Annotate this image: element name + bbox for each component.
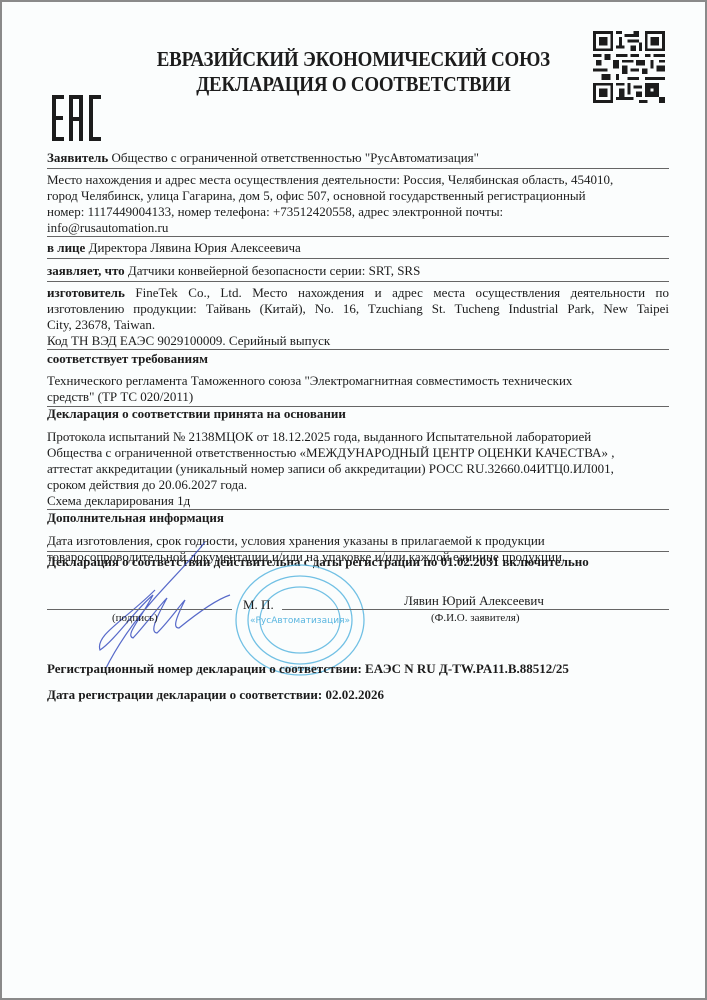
- regulation-line: Технического регламента Таможенного союз…: [47, 373, 669, 389]
- manufacturer-value: FineTek Co., Ltd. Место нахождения и адр…: [135, 285, 669, 300]
- declares-row: заявляет, что Датчики конвейерной безопа…: [47, 263, 420, 279]
- address-line: город Челябинск, улица Гагарина, дом 5, …: [47, 188, 669, 204]
- divider: [47, 349, 669, 350]
- basis-line: Общества с ограниченной ответственностью…: [47, 445, 669, 461]
- registration-date: Дата регистрации декларации о соответств…: [47, 687, 384, 703]
- applicant-value: Общество с ограниченной ответственностью…: [111, 150, 478, 165]
- basis-label: Декларация о соответствии принята на осн…: [47, 406, 346, 422]
- divider: [47, 258, 669, 259]
- divider: [47, 281, 669, 282]
- manufacturer-line: City, 23678, Taiwan.: [47, 317, 669, 333]
- manufacturer-line: изготовитель FineTek Co., Ltd. Место нах…: [47, 285, 669, 301]
- additional-label: Дополнительная информация: [47, 510, 224, 526]
- address-line: Место нахождения и адрес места осуществл…: [47, 172, 669, 188]
- basis-line: Протокола испытаний № 2138МЦОК от 18.12.…: [47, 429, 669, 445]
- manufacturer-line: изготовлению продукции: Тайвань (Китай),…: [47, 301, 669, 317]
- represented-by-value: Директора Лявина Юрия Алексеевича: [89, 240, 301, 255]
- basis-block: Протокола испытаний № 2138МЦОК от 18.12.…: [47, 429, 669, 509]
- applicant-address: Место нахождения и адрес места осуществл…: [47, 172, 669, 236]
- divider: [47, 168, 669, 169]
- hs-code-line: Код ТН ВЭД ЕАЭС 9029100009. Серийный вып…: [47, 333, 669, 349]
- address-line: номер: 1117449004133, номер телефона: +7…: [47, 204, 669, 220]
- product-value: Датчики конвейерной безопасности серии: …: [128, 263, 420, 278]
- signature-icon: [55, 540, 275, 670]
- document-title: ДЕКЛАРАЦИЯ О СООТВЕТСТВИИ: [35, 72, 671, 97]
- represented-by-row: в лице Директора Лявина Юрия Алексеевича: [47, 240, 301, 256]
- complies-label: соответствует требованиям: [47, 351, 208, 367]
- union-title: ЕВРАЗИЙСКИЙ ЭКОНОМИЧЕСКИЙ СОЮЗ: [35, 47, 671, 72]
- regulation-line: средств" (ТР ТС 020/2011): [47, 389, 669, 405]
- scheme-line: Схема декларирования 1д: [47, 493, 669, 509]
- signature-line: [47, 609, 232, 610]
- manufacturer-label: изготовитель: [47, 285, 125, 300]
- declares-label: заявляет, что: [47, 263, 125, 278]
- regulation-block: Технического регламента Таможенного союз…: [47, 373, 669, 405]
- registration-number: Регистрационный номер декларации о соотв…: [47, 661, 569, 677]
- basis-line: сроком действия до 20.06.2027 года.: [47, 477, 669, 493]
- manufacturer-block: изготовитель FineTek Co., Ltd. Место нах…: [47, 285, 669, 349]
- divider: [47, 236, 669, 237]
- signer-name: Лявин Юрий Алексеевич: [404, 593, 544, 609]
- name-line: [282, 609, 669, 610]
- seal-label: М. П.: [243, 597, 274, 613]
- applicant-row: Заявитель Общество с ограниченной ответс…: [47, 150, 479, 166]
- qr-code-icon: [593, 28, 665, 106]
- applicant-label: Заявитель: [47, 150, 108, 165]
- signature-caption: (подпись): [112, 612, 158, 624]
- signer-caption: (Ф.И.О. заявителя): [431, 612, 520, 624]
- basis-line: аттестат аккредитации (уникальный номер …: [47, 461, 669, 477]
- represented-by-label: в лице: [47, 240, 85, 255]
- eac-logo-icon: [52, 95, 102, 141]
- email-text: info@rusautomation.ru: [47, 220, 669, 236]
